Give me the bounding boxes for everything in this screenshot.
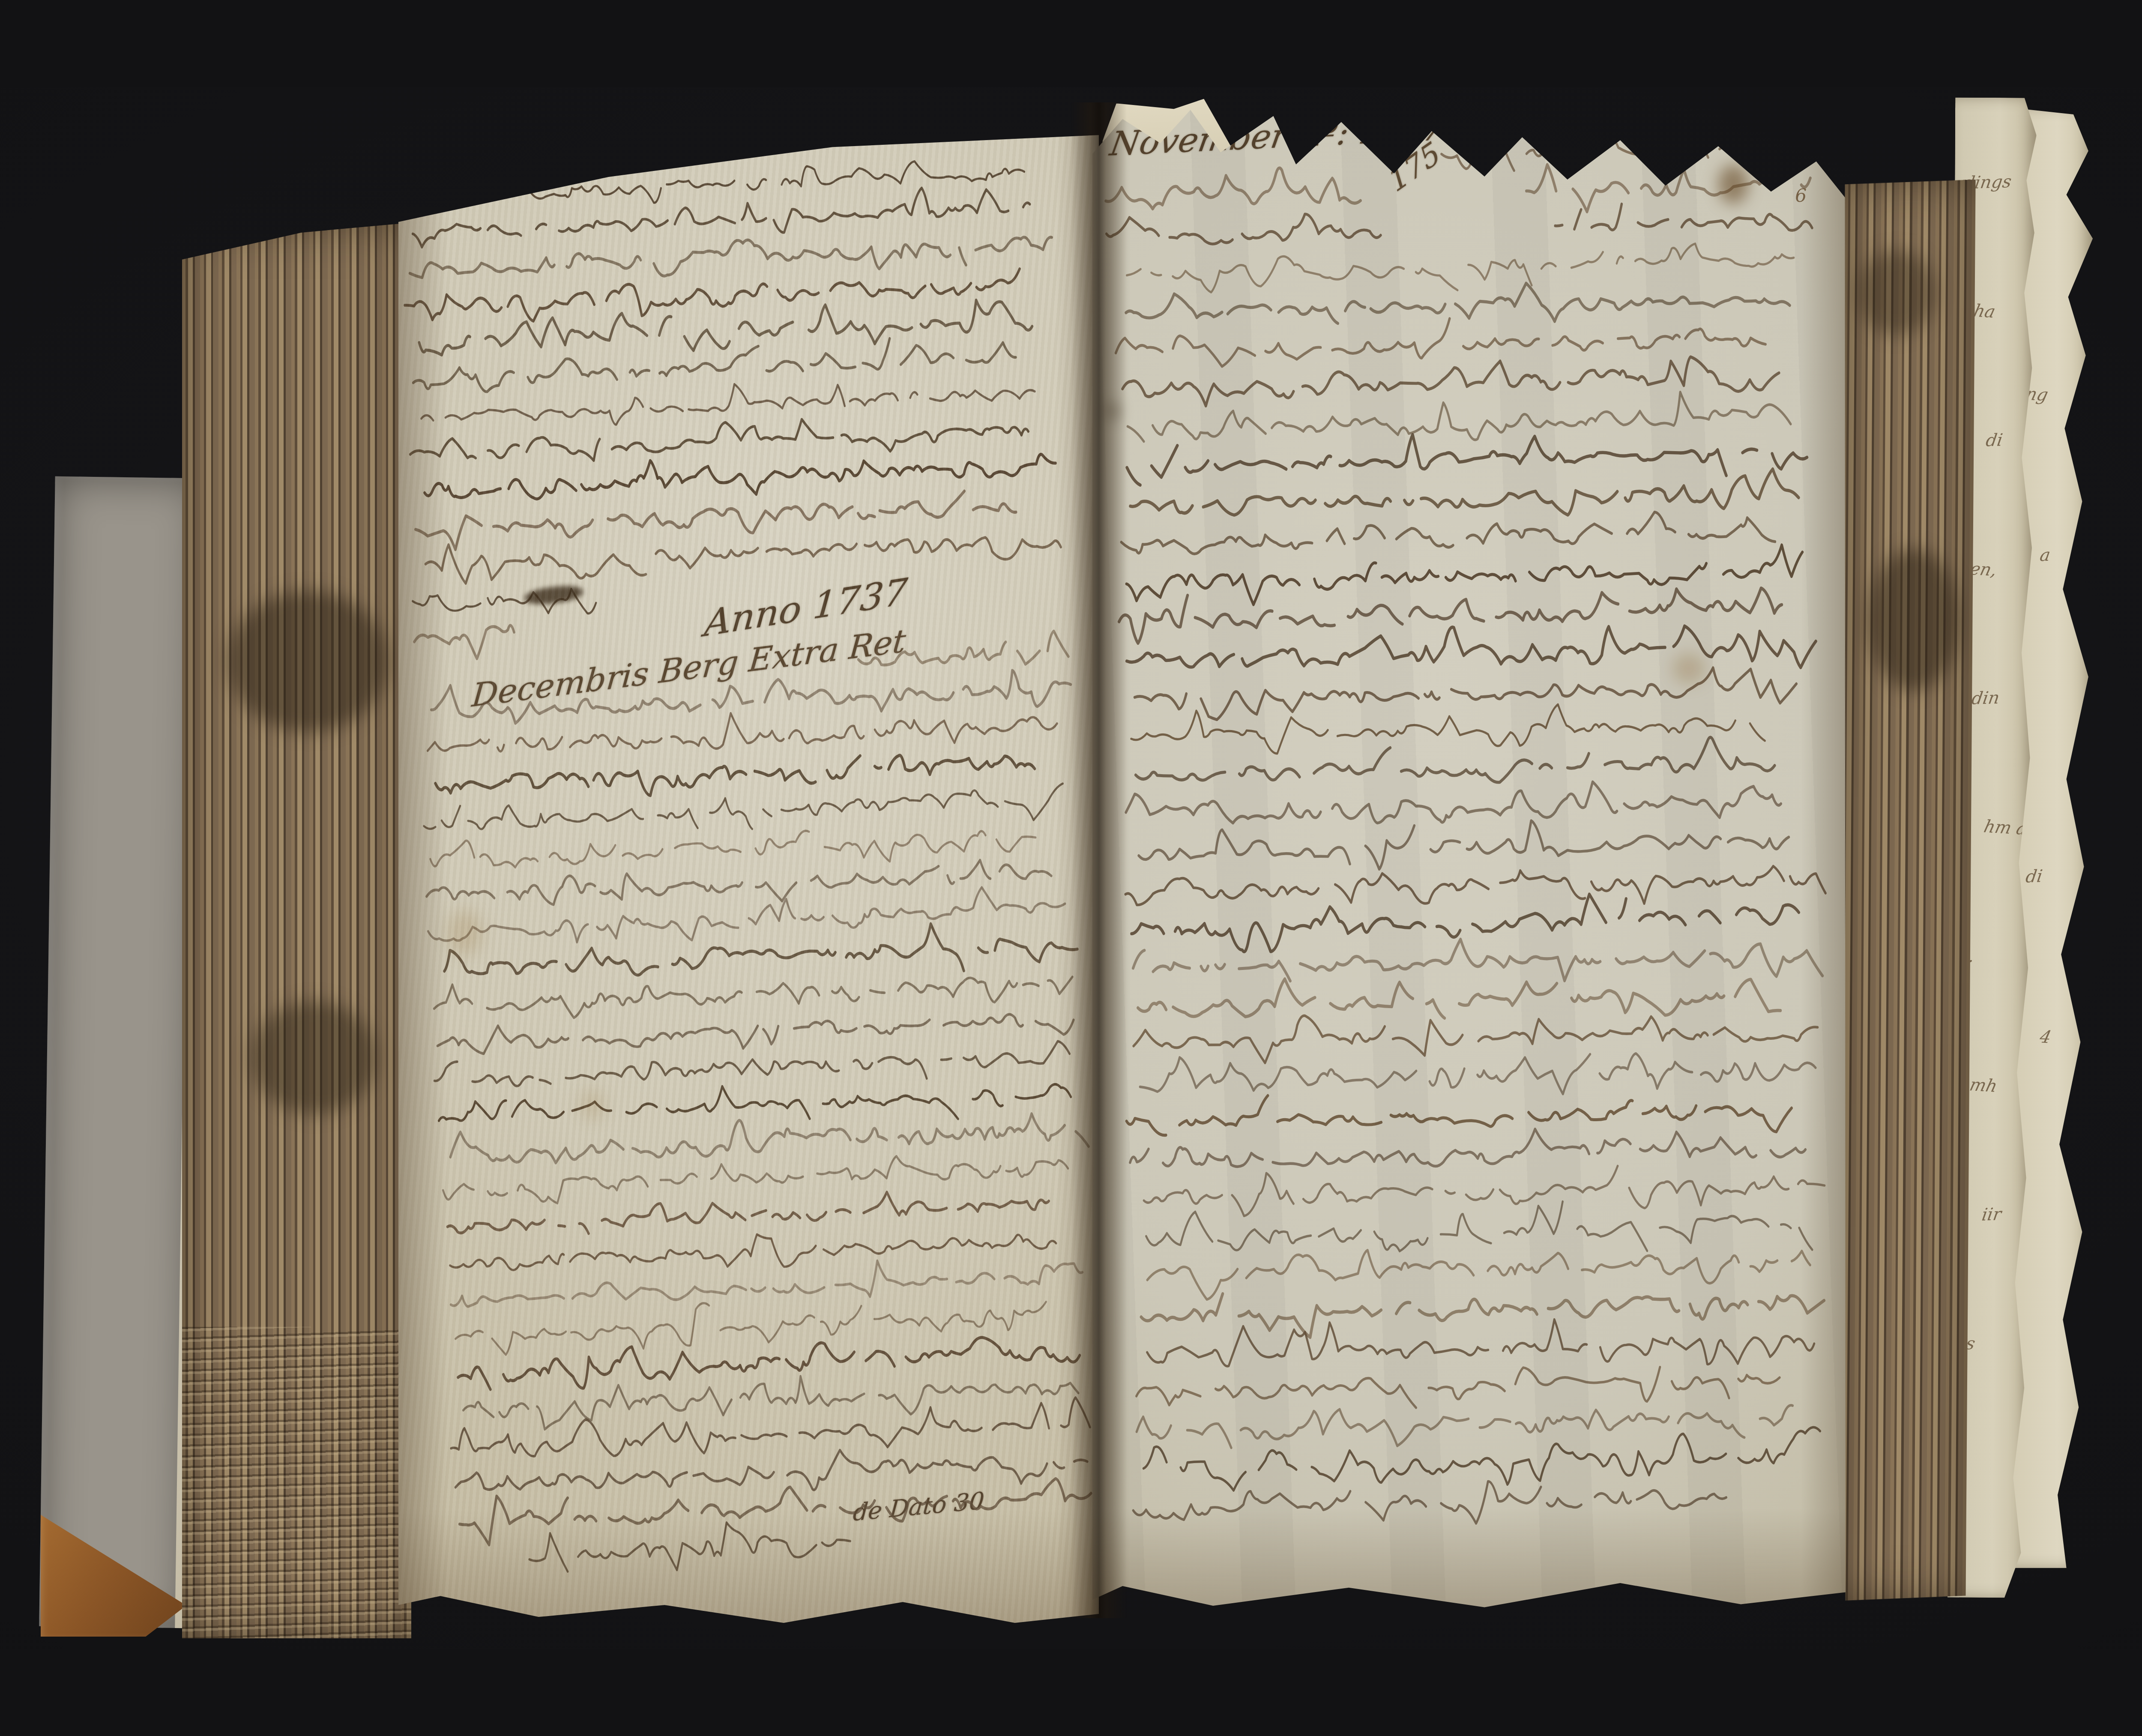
handwriting-line [404, 364, 1057, 438]
folio-mark: 6 [1795, 186, 1807, 207]
handwriting-line [435, 1137, 1088, 1211]
handwriting-line [1125, 1079, 1827, 1143]
handwriting-line [1115, 616, 1817, 681]
right-manuscript-page: November Aº: 1737. 175 6 [1092, 101, 1846, 1615]
handwriting-line [1104, 115, 1807, 180]
heading-november-1737: November Aº: 1737. [1108, 109, 1458, 164]
edge-writing-fragment: ds [1953, 1333, 1977, 1354]
handwriting-line [406, 401, 1059, 475]
handwriting-line [1123, 1002, 1825, 1066]
left-page-handwriting: Anno 1737 Decembris Berg Extra Ret de Da… [395, 135, 1104, 1604]
handwriting-line [1108, 269, 1810, 334]
handwriting-line [1133, 1464, 1835, 1529]
handwriting-line [1128, 1233, 1830, 1298]
page-number-175: 175 [1383, 135, 1446, 199]
handwriting-line [1116, 693, 1819, 758]
torn-page-edge-inner: rlingshadillen,dinhm afi.mhiirds [1948, 98, 2037, 1598]
handwriting-line [425, 879, 1078, 953]
handwriting-line [428, 953, 1081, 1027]
handwriting-line [1119, 809, 1821, 874]
gutter-shadow [1071, 102, 1127, 1618]
handwriting-line [414, 622, 1067, 696]
handwriting-line [1116, 655, 1818, 719]
foredge-smudge [1857, 250, 1936, 335]
handwriting-line [1113, 500, 1815, 565]
handwriting-line [431, 1027, 1083, 1101]
handwriting-line [419, 732, 1072, 806]
handwriting-line [1126, 1156, 1828, 1221]
handwriting-line [1121, 886, 1823, 951]
handwriting-line [1110, 385, 1812, 449]
handwriting-line [1120, 847, 1822, 912]
handwriting-line [429, 990, 1082, 1064]
handwriting-line [1125, 1117, 1828, 1182]
foxing-stain [1673, 653, 1705, 684]
edge-writing-fragment: 9 [2010, 224, 2024, 244]
torn-page-edge-outer: 9ngaldi47 [2005, 107, 2093, 1568]
footer-date-fragment: de Dato 30 [852, 1487, 985, 1526]
leather-cover-corner [41, 1481, 186, 1637]
right-page-handwriting: November Aº: 1737. 175 [1104, 109, 1836, 1584]
handwriting-line [407, 437, 1060, 512]
edge-writing-fragment: fi. [1956, 946, 1975, 967]
handwriting-line [1107, 230, 1809, 295]
foredge-smudge [1867, 548, 1960, 691]
handwriting-line [413, 585, 1066, 659]
handwriting-line [449, 1468, 1101, 1542]
foxing-stain [580, 1090, 604, 1120]
edge-writing-fragment: hm a [1982, 817, 2029, 839]
handwriting-line [1127, 1194, 1829, 1259]
edge-writing-fragment: di [2025, 866, 2044, 886]
handwriting-line [417, 695, 1070, 769]
ink-smear [524, 584, 584, 607]
foxing-stain [447, 910, 482, 955]
handwriting-line [1111, 423, 1813, 488]
edge-writing-fragment: l [2010, 706, 2019, 726]
handwriting-line [1117, 732, 1819, 796]
ink-blot-stain [1718, 165, 1748, 204]
handwriting-line [1129, 1272, 1831, 1336]
handwriting-line [1109, 346, 1811, 411]
handwriting-line [1114, 578, 1816, 642]
edge-writing-fragment: rlings [1960, 172, 2013, 193]
handwriting-line [446, 1395, 1098, 1469]
page-leaf-edges [182, 1327, 411, 1638]
edge-writing-fragment: ng [2024, 384, 2050, 405]
handwriting-line [397, 180, 1050, 254]
edge-writing-fragment: ha [1971, 301, 1997, 322]
handwriting-line [422, 806, 1075, 880]
handwriting-line [438, 1210, 1091, 1284]
marbled-cover-edge [39, 476, 203, 1628]
handwriting-line [437, 1174, 1089, 1248]
handwriting-line [401, 290, 1054, 365]
handwriting-line [416, 658, 1069, 733]
foredge-smudge [251, 1001, 377, 1114]
left-manuscript-page: Anno 1737 Decembris Berg Extra Ret de Da… [398, 132, 1099, 1629]
handwriting-line [398, 217, 1051, 291]
torn-paper-tab [1101, 97, 1239, 210]
edge-writing-fragment: iir [1980, 1204, 2003, 1224]
handwriting-line [1113, 539, 1816, 604]
handwriting-line [444, 1358, 1097, 1432]
edge-writing-fragment: mh [1968, 1075, 1999, 1096]
heading-anno-1737: Anno 1737 [703, 570, 909, 645]
handwriting-line [447, 1431, 1100, 1506]
left-foredge-page-stack [182, 223, 411, 1638]
handwriting-line [420, 769, 1073, 843]
handwriting-line [1122, 925, 1824, 989]
handwriting-line [426, 916, 1079, 990]
handwriting-line [1122, 963, 1825, 1028]
handwriting-line [423, 842, 1076, 916]
handwriting-line [441, 1284, 1094, 1358]
handwriting-line [400, 254, 1053, 328]
handwriting-line [1106, 192, 1808, 257]
handwriting-line [395, 143, 1048, 217]
handwriting-line [1130, 1310, 1832, 1375]
handwriting-line [1109, 308, 1811, 372]
photo-stage: Anno 1737 Decembris Berg Extra Ret de Da… [0, 87, 2142, 1649]
edge-writing-fragment: a [2039, 545, 2052, 565]
handwriting-line [1105, 153, 1807, 218]
handwriting-line [409, 474, 1062, 548]
handwriting-line [410, 511, 1063, 585]
handwriting-line [434, 1100, 1086, 1174]
right-foredge-page-stack [1835, 179, 1975, 1601]
handwriting-line [403, 327, 1056, 401]
handwriting-line [1130, 1349, 1832, 1413]
handwriting-line [440, 1247, 1092, 1321]
handwriting-line [412, 548, 1065, 622]
handwriting-line [1131, 1387, 1833, 1452]
heading-decembris-extra-ret: Decembris Berg Extra Ret [470, 622, 907, 714]
edge-writing-fragment: din [1970, 688, 2001, 709]
handwriting-line [1118, 770, 1820, 835]
endpaper-sliver [175, 478, 206, 1628]
edge-writing-fragment: di [1984, 431, 2004, 451]
handwriting-line [450, 1505, 1103, 1579]
small-ink-blot [1107, 404, 1118, 419]
edge-writing-fragment: 7 [2010, 1188, 2024, 1208]
edge-writing-fragment: llen, [1957, 559, 1999, 581]
edge-writing-fragment: 4 [2038, 1027, 2053, 1048]
foredge-smudge [228, 591, 389, 732]
handwriting-line [443, 1321, 1095, 1395]
handwriting-line [1112, 462, 1814, 527]
handwriting-line [432, 1063, 1085, 1137]
handwriting-line [1124, 1040, 1826, 1105]
handwriting-line [1132, 1426, 1834, 1491]
